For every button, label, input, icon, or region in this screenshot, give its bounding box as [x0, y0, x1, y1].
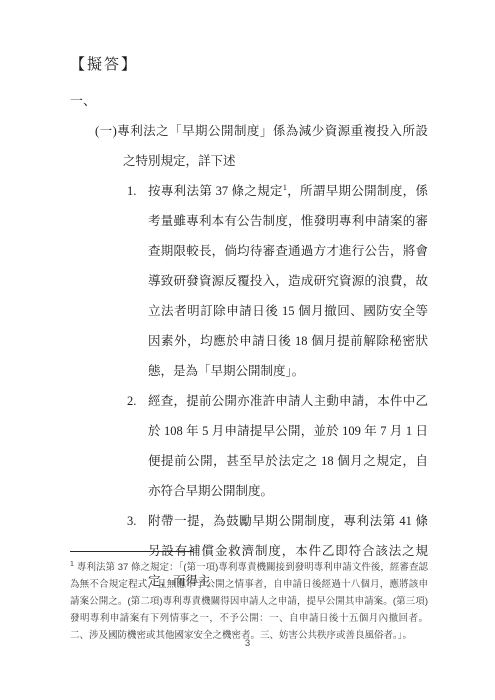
item-text-segment: ，所謂早期公開制度，係考量雖專利本有公告制度，惟發明專利申請案的審查期限較長，倘…	[148, 184, 428, 378]
footnote-separator-rule	[70, 551, 193, 552]
section-marker: 一、	[70, 86, 428, 116]
item-text-segment: 按專利法第 37 條之規定	[148, 184, 283, 198]
footnote: 1專利法第 37 條之規定：「(第一項)專利專責機關接到發明專利申請文件後，經審…	[70, 559, 428, 644]
list-item-number: 1.	[127, 176, 148, 386]
document-page: 【擬答】 一、 (一)專利法之「早期公開制度」係為減少資源重複投入所設之特別規定…	[0, 0, 495, 700]
footnote-marker: 1	[70, 561, 74, 568]
numbered-list: 1. 按專利法第 37 條之規定1，所謂早期公開制度，係考量雖專利本有公告制度，…	[127, 176, 428, 596]
list-item-number: 2.	[127, 386, 148, 506]
footnote-area: 1專利法第 37 條之規定：「(第一項)專利專責機關接到發明專利申請文件後，經審…	[70, 551, 428, 644]
list-item-text: 經查，提前公開亦准許申請人主動申請，本件中乙於 108 年 5 月申請提早公開，…	[148, 386, 428, 506]
subsection-marker: (一)	[95, 124, 117, 138]
document-body: 【擬答】 一、 (一)專利法之「早期公開制度」係為減少資源重複投入所設之特別規定…	[70, 50, 428, 596]
list-item: 2. 經查，提前公開亦准許申請人主動申請，本件中乙於 108 年 5 月申請提早…	[127, 386, 428, 506]
footnote-text: 專利法第 37 條之規定：「(第一項)專利專責機關接到發明專利申請文件後，經審查…	[70, 562, 428, 641]
page-number: 3	[0, 638, 495, 649]
list-item: 1. 按專利法第 37 條之規定1，所謂早期公開制度，係考量雖專利本有公告制度，…	[127, 176, 428, 386]
document-header: 【擬答】	[70, 50, 428, 80]
subsection-paragraph: (一)專利法之「早期公開制度」係為減少資源重複投入所設之特別規定，詳下述	[95, 116, 428, 176]
subsection-text: 專利法之「早期公開制度」係為減少資源重複投入所設之特別規定，詳下述	[117, 124, 428, 168]
list-item-text: 按專利法第 37 條之規定1，所謂早期公開制度，係考量雖專利本有公告制度，惟發明…	[148, 176, 428, 386]
